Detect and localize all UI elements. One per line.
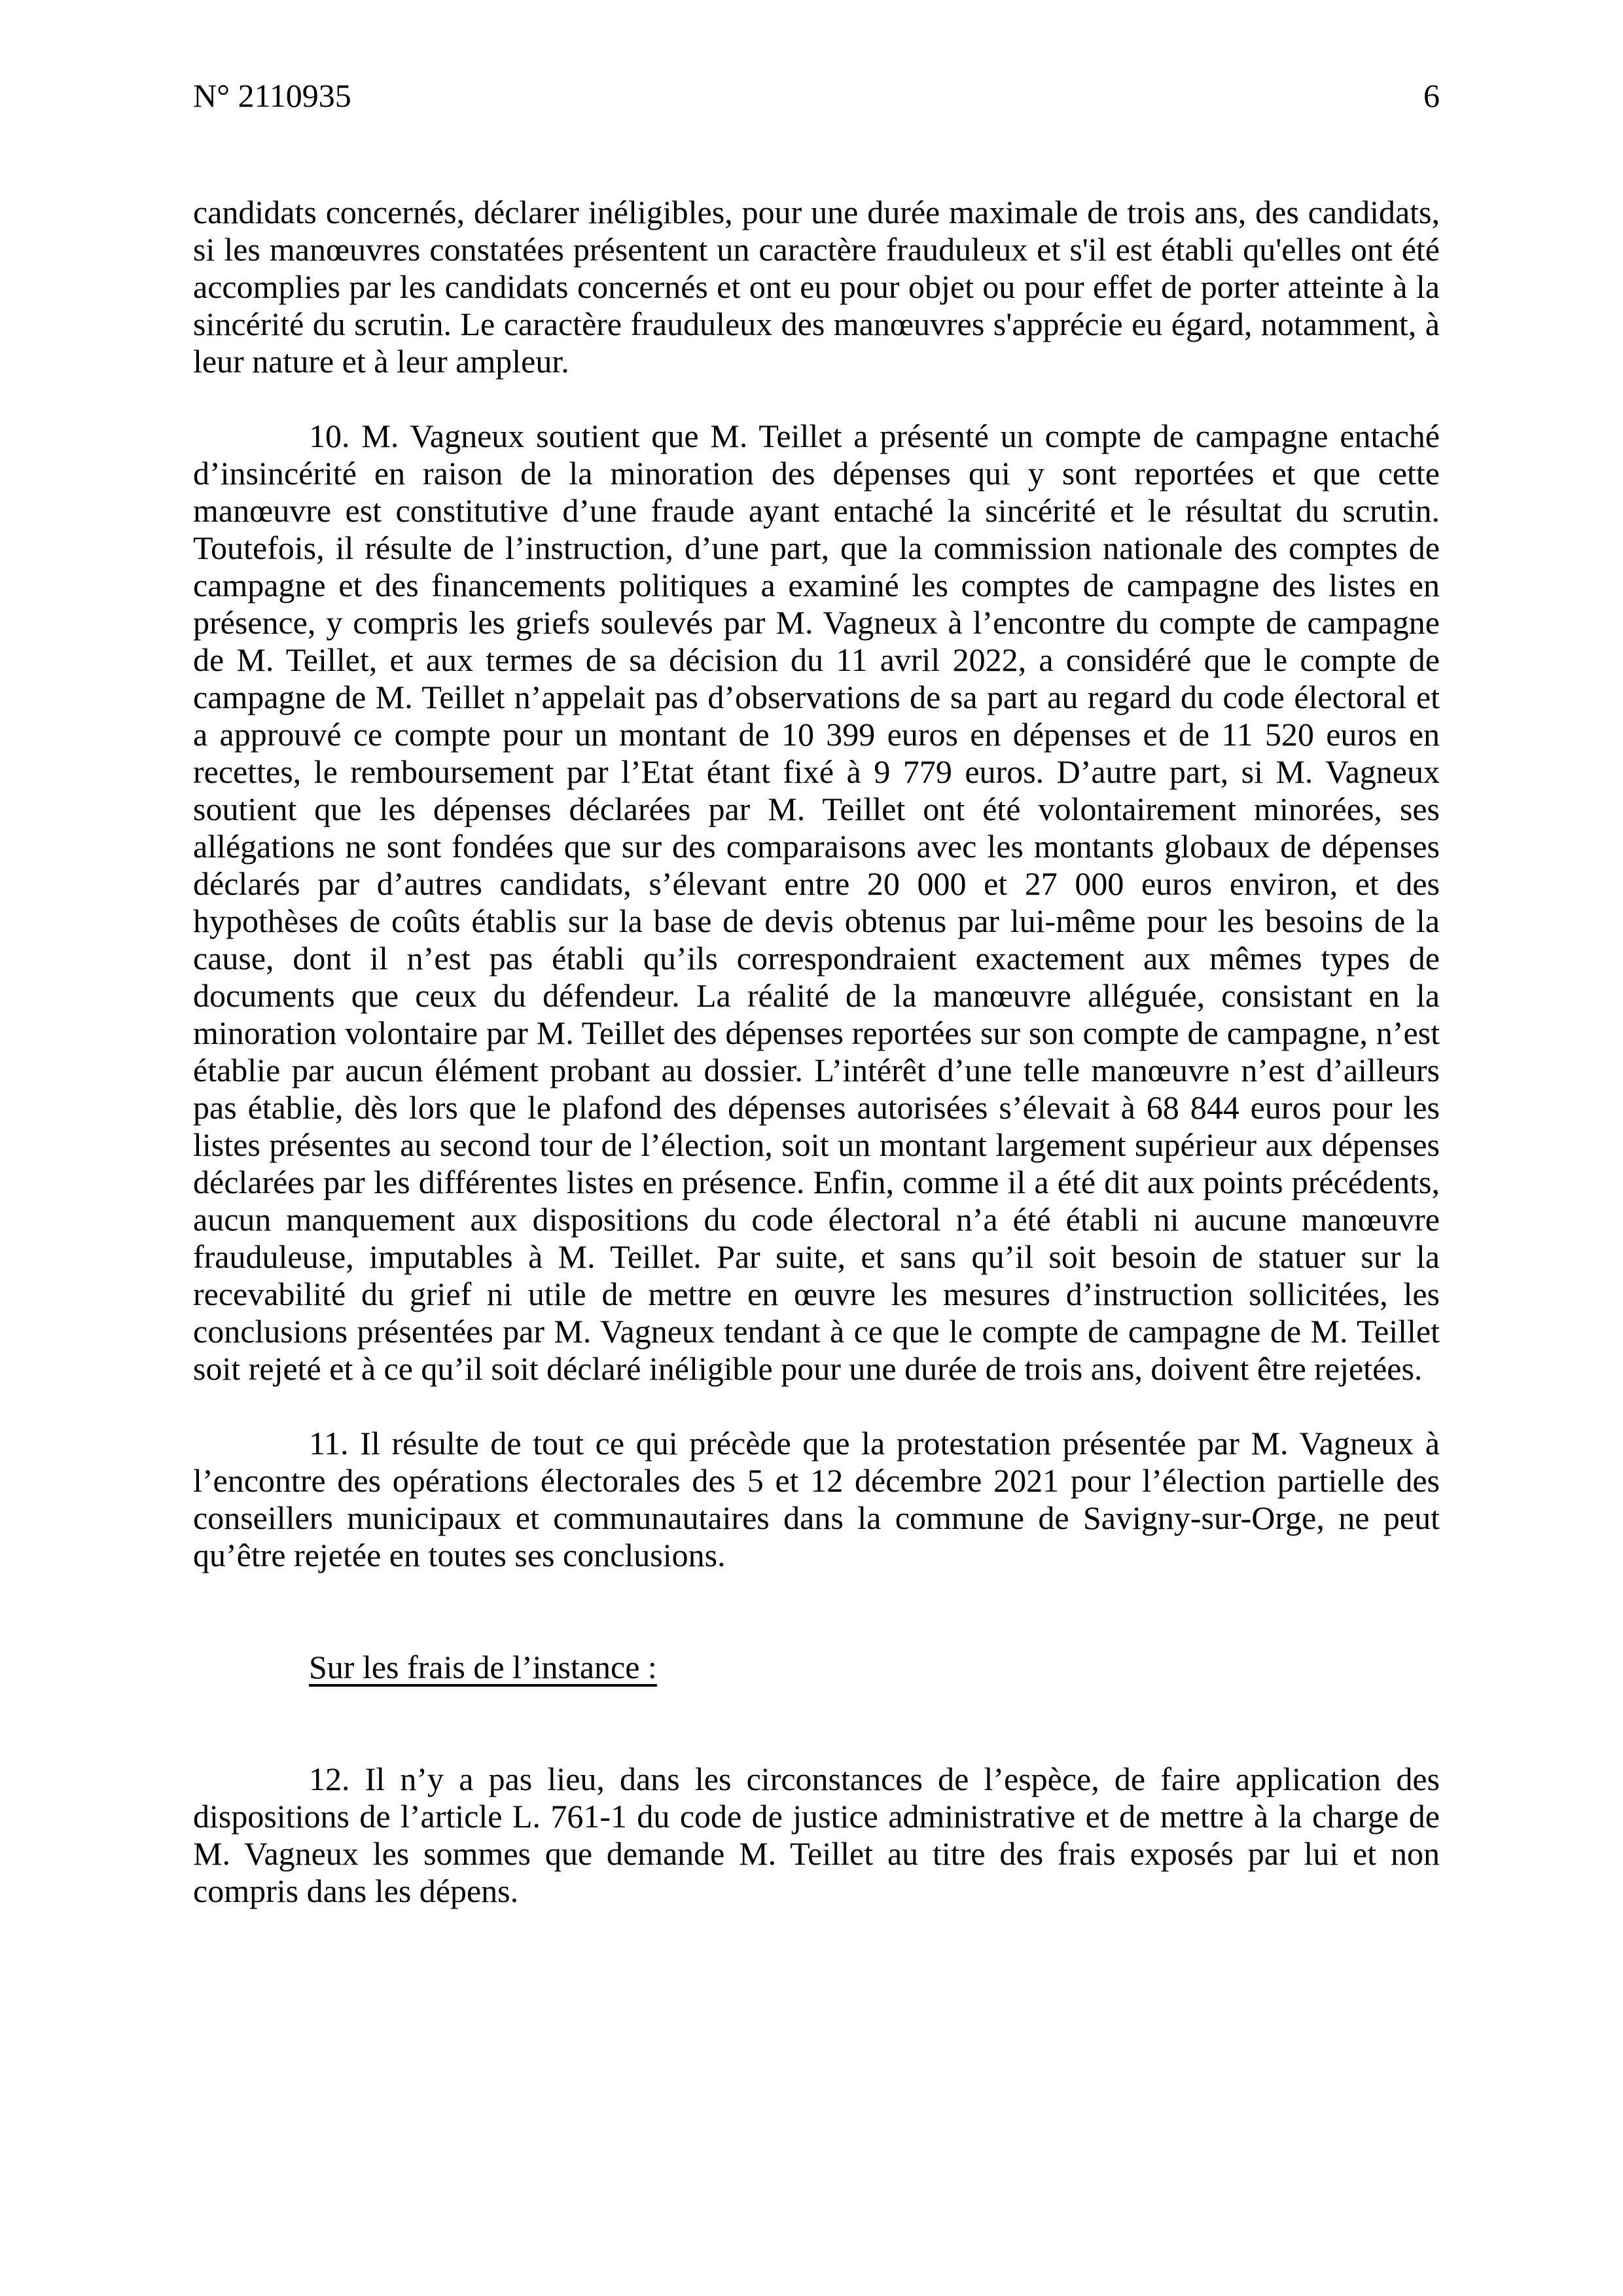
section-heading-frais-instance: Sur les frais de l’instance : — [193, 1649, 1440, 1686]
document-page: N° 2110935 6 candidats concernés, déclar… — [0, 0, 1623, 2296]
paragraph-10: 10. M. Vagneux soutient que M. Teillet a… — [193, 418, 1440, 1388]
case-number: N° 2110935 — [193, 77, 351, 115]
section-heading-text: Sur les frais de l’instance : — [309, 1649, 657, 1685]
paragraph-12: 12. Il n’y a pas lieu, dans les circonst… — [193, 1761, 1440, 1910]
page-header: N° 2110935 6 — [193, 77, 1440, 115]
paragraph-11: 11. Il résulte de tout ce qui précède qu… — [193, 1425, 1440, 1574]
document-body: candidats concernés, déclarer inéligible… — [193, 194, 1440, 1947]
page-number: 6 — [1423, 77, 1440, 115]
paragraph-continuation: candidats concernés, déclarer inéligible… — [193, 194, 1440, 380]
